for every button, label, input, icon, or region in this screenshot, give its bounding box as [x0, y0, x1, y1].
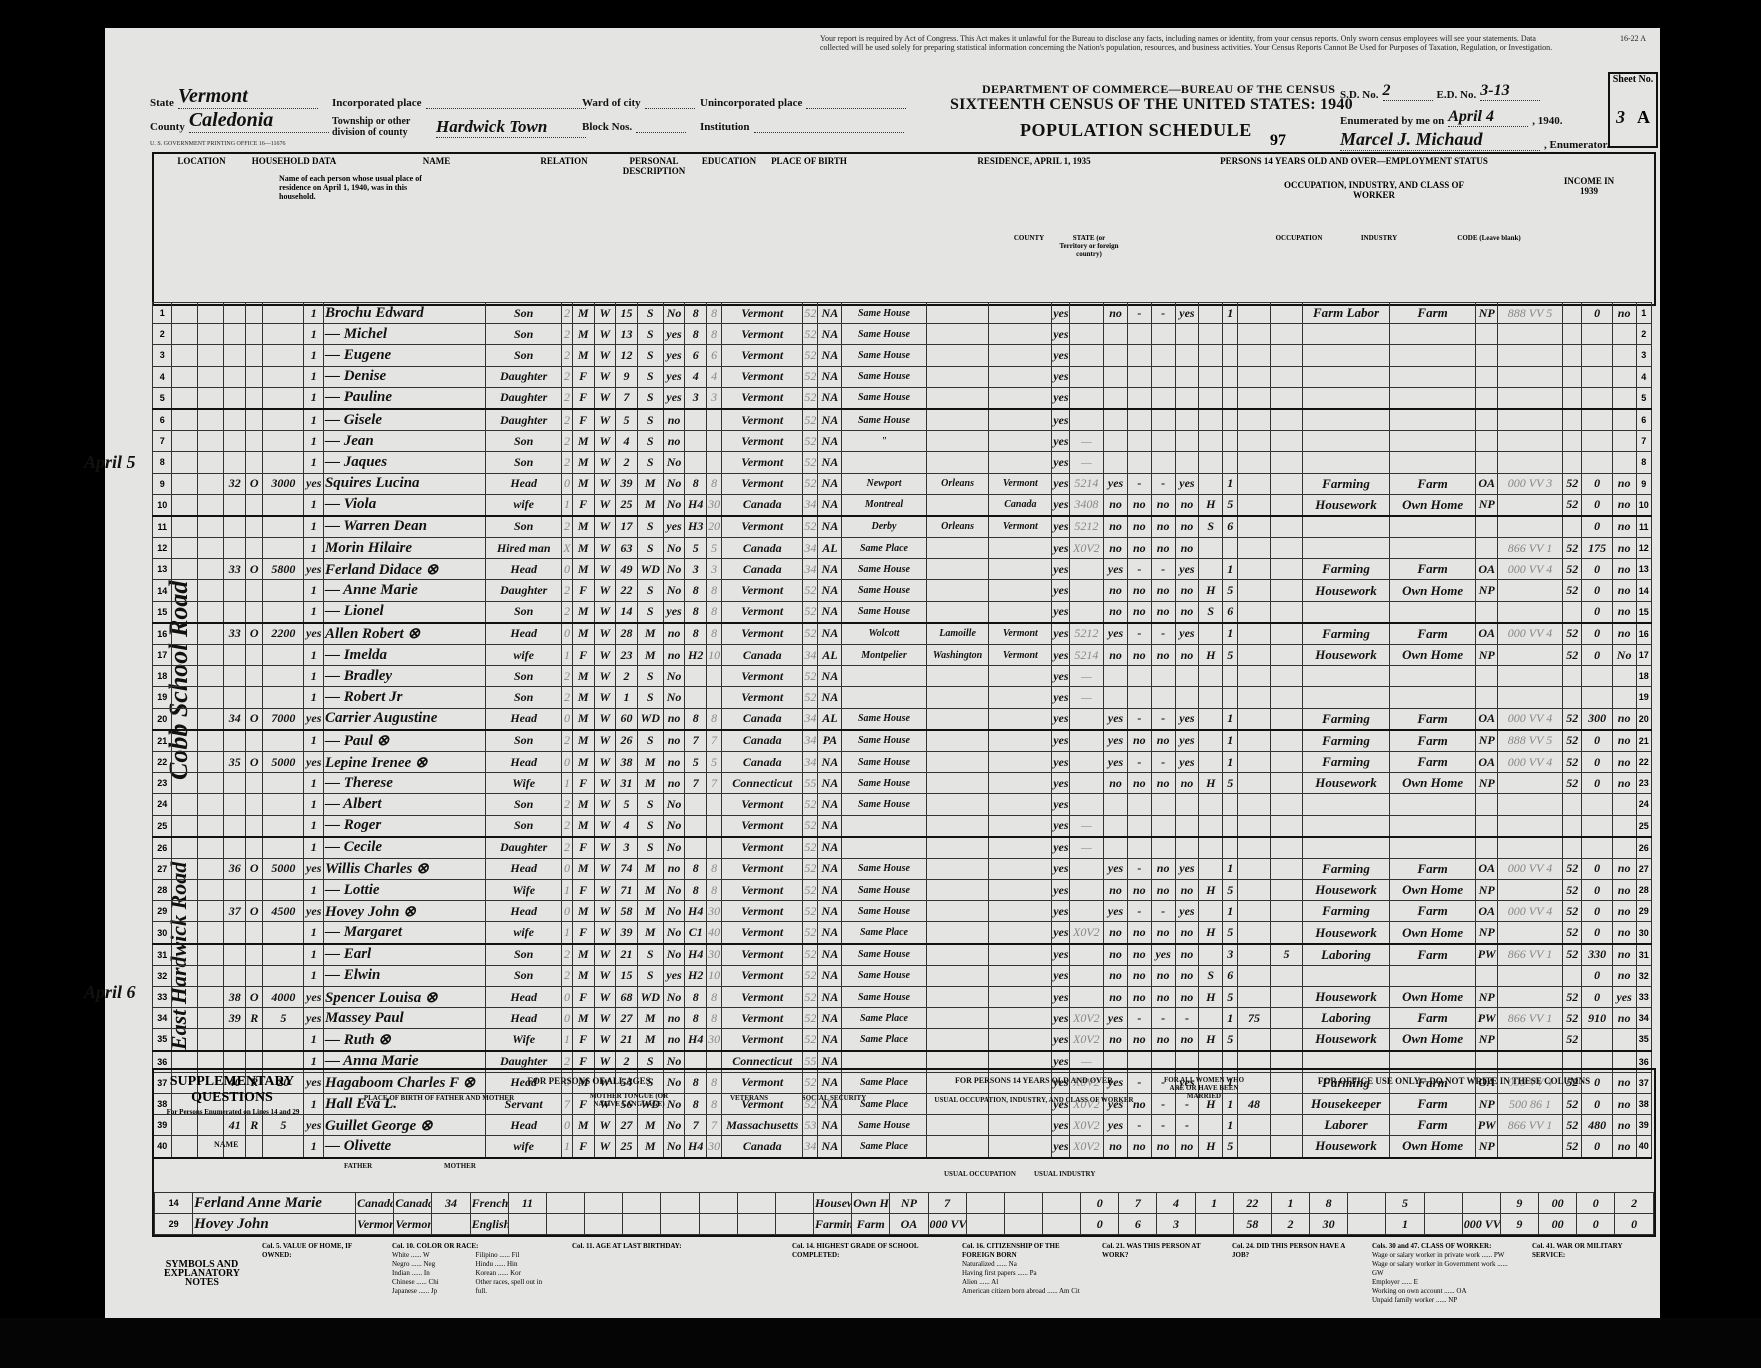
cell-c26: [1238, 538, 1270, 559]
cell-age: 22: [616, 580, 638, 601]
cell-grade: 8: [685, 324, 707, 345]
cell-codeC: 52: [803, 901, 818, 922]
supp-cell: 1: [1271, 1193, 1309, 1214]
cell-wages: 0: [1582, 965, 1612, 986]
cell-birth: Canada: [722, 494, 803, 516]
cell-farm: yes: [304, 473, 323, 494]
cell-occ: [1303, 366, 1390, 387]
cell-other: no: [1612, 538, 1636, 559]
cell-name: — Pauline: [323, 387, 485, 409]
cell-own: [246, 773, 263, 794]
cell-codeD: —: [1069, 666, 1104, 687]
cell-sched: 35: [1636, 1029, 1651, 1051]
cell-c26: [1238, 345, 1270, 366]
cell-other: no: [1612, 773, 1636, 794]
cell-occ: Housework: [1303, 645, 1390, 666]
cell-c27: [1270, 366, 1302, 387]
cell-c27: [1270, 538, 1302, 559]
cell-c23: -: [1151, 473, 1175, 494]
township-label: Township or other division of county: [332, 116, 432, 138]
cell-codeF: [1498, 387, 1563, 409]
cell-value: [263, 880, 304, 901]
cell-res: [842, 452, 926, 473]
cell-weeks: [1562, 687, 1581, 708]
supp-cell: 30: [1310, 1214, 1348, 1235]
cell-c21: no: [1104, 601, 1128, 623]
cell-street: [172, 452, 198, 473]
cell-house: [198, 922, 224, 944]
cell-codeB: 8: [707, 303, 722, 324]
cell-mar: S: [637, 409, 663, 431]
cell-codeA: 2: [562, 366, 573, 387]
cell-house: [198, 987, 224, 1008]
cell-c27: [1270, 794, 1302, 815]
supp-cell: 29: [155, 1214, 193, 1235]
cell-codeB: [707, 666, 722, 687]
cell-birth: Canada: [722, 730, 803, 752]
cell-name: — Roger: [323, 815, 485, 837]
table-row: 261— CecileDaughter2FW3SNoVermont52NAyes…: [153, 837, 1652, 859]
supp-cell: Farming: [814, 1214, 852, 1235]
cell-value: [263, 387, 304, 409]
cell-hh: [224, 1029, 246, 1051]
cell-age: 13: [616, 324, 638, 345]
cell-house: [198, 815, 224, 837]
cell-house: [198, 387, 224, 409]
cell-name: Brochu Edward: [323, 303, 485, 324]
cell-mar: S: [637, 730, 663, 752]
cell-c27: [1270, 751, 1302, 772]
cell-rel: Son: [486, 965, 562, 986]
cell-hh: [224, 516, 246, 538]
table-row: 311— EarlSon2MW21SNoH430Vermont52NASame …: [153, 944, 1652, 966]
supp-cell: [432, 1214, 470, 1235]
cell-hh: [224, 687, 246, 708]
note-col21: Col. 21. WAS THIS PERSON AT WORK?: [1102, 1242, 1222, 1260]
cell-street: [172, 494, 198, 516]
cell-name: — Elwin: [323, 965, 485, 986]
cell-r_state: [989, 452, 1052, 473]
cell-hh: [224, 666, 246, 687]
table-row: 191— Robert JrSon2MW1SNoVermont52NAyes—1…: [153, 687, 1652, 708]
cell-name: Massey Paul: [323, 1008, 485, 1029]
cell-c21: [1104, 452, 1128, 473]
cell-house: [198, 516, 224, 538]
cell-own: [246, 837, 263, 859]
cell-c25: [1199, 538, 1223, 559]
cell-occ: Laboring: [1303, 944, 1390, 966]
cell-codeE: [1223, 666, 1238, 687]
cell-codeC: 52: [803, 837, 818, 859]
cell-c27: [1270, 858, 1302, 879]
cell-codeE: 6: [1223, 965, 1238, 986]
cell-sex: F: [572, 366, 594, 387]
cell-street: [172, 837, 198, 859]
supp-cell: [775, 1193, 813, 1214]
cell-codeC: 34: [803, 538, 818, 559]
cell-c25: S: [1199, 516, 1223, 538]
cell-codeE: 5: [1223, 773, 1238, 794]
cell-codeA: 0: [562, 751, 573, 772]
cell-c26: [1238, 623, 1270, 645]
cell-c25: H: [1199, 880, 1223, 901]
cell-cit: NA: [818, 409, 842, 431]
cell-name: — Earl: [323, 944, 485, 966]
form-id: 16-22 A: [1620, 34, 1646, 43]
table-row: 351— Ruth ⊗Wife1FW21MnoH430Vermont52NASa…: [153, 1029, 1652, 1051]
cell-c21: no: [1104, 303, 1128, 324]
margin-date-april6: April 6: [84, 982, 136, 1003]
cell-codeD: [1069, 730, 1104, 752]
cell-wages: 0: [1582, 880, 1612, 901]
cell-race: W: [594, 815, 616, 837]
cell-birth: Vermont: [722, 366, 803, 387]
cell-c23: [1151, 409, 1175, 431]
cell-codeA: 2: [562, 794, 573, 815]
cell-ind: [1389, 366, 1476, 387]
supp-cell: Farm: [852, 1214, 890, 1235]
cell-wages: [1582, 387, 1612, 409]
cell-c23: -: [1151, 1008, 1175, 1029]
cell-rel: Son: [486, 452, 562, 473]
cell-codeC: 52: [803, 666, 818, 687]
cell-line: 8: [153, 452, 172, 473]
cell-r_county: Orleans: [926, 473, 989, 494]
cell-age: 39: [616, 922, 638, 944]
cell-c26: [1238, 794, 1270, 815]
supplementary-questions: SUPPLEMENTARY QUESTIONS For Persons Enum…: [152, 1068, 1656, 1237]
note-col41: Col. 41. WAR OR MILITARY SERVICE:: [1532, 1242, 1642, 1260]
cell-c27: [1270, 431, 1302, 452]
cell-codeA: 1: [562, 645, 573, 666]
cell-grade: C1: [685, 922, 707, 944]
cell-sched: 33: [1636, 987, 1651, 1008]
cell-codeB: 5: [707, 751, 722, 772]
cell-codeD: [1069, 559, 1104, 580]
cell-c24: [1175, 794, 1199, 815]
township-value: Hardwick Town: [436, 121, 586, 138]
cell-farm: yes: [304, 559, 323, 580]
cell-r_state: Vermont: [989, 473, 1052, 494]
cell-r_state: [989, 580, 1052, 601]
cell-r_county: [926, 666, 989, 687]
cell-grade: 8: [685, 623, 707, 645]
cell-occ: Housework: [1303, 922, 1390, 944]
cell-sched: 9: [1636, 473, 1651, 494]
enumerated-date: April 4: [1448, 110, 1528, 127]
table-row: 2937O4500yesHovey John ⊗Head0MW58MNoH430…: [153, 901, 1652, 922]
cell-name: Hovey John ⊗: [323, 901, 485, 922]
table-row: 171— Imeldawife1FW23MnoH210Canada34ALMon…: [153, 645, 1652, 666]
cell-hh: [224, 494, 246, 516]
supp-cell: 2: [1615, 1193, 1654, 1214]
cell-res: Same House: [842, 387, 926, 409]
cell-r_state: [989, 431, 1052, 452]
cell-cls: [1476, 452, 1498, 473]
cell-grade: 8: [685, 858, 707, 879]
cell-r_state: Vermont: [989, 516, 1052, 538]
cell-cit: NA: [818, 580, 842, 601]
cell-other: no: [1612, 1008, 1636, 1029]
cell-c25: [1199, 431, 1223, 452]
note-item: Indian ...... In: [392, 1269, 469, 1278]
cell-sched: 6: [1636, 409, 1651, 431]
cell-c21: [1104, 837, 1128, 859]
cell-c23: no: [1151, 1029, 1175, 1051]
cell-res: Same House: [842, 880, 926, 901]
sheet-side: A: [1637, 107, 1650, 128]
cell-codeD: [1069, 345, 1104, 366]
cell-hh: 38: [224, 987, 246, 1008]
cell-codeD: [1069, 987, 1104, 1008]
cell-r_state: [989, 901, 1052, 922]
cell-value: [263, 666, 304, 687]
cell-codeA: 2: [562, 601, 573, 623]
cell-r_state: [989, 303, 1052, 324]
supp-cell: 3: [1157, 1214, 1195, 1235]
cell-codeC: 34: [803, 494, 818, 516]
cell-res: Same House: [842, 303, 926, 324]
cell-codeE: 5: [1223, 645, 1238, 666]
cell-race: W: [594, 922, 616, 944]
cell-r_state: [989, 794, 1052, 815]
cell-codeB: 10: [707, 645, 722, 666]
cell-hh: 37: [224, 901, 246, 922]
cell-line: 5: [153, 387, 172, 409]
cell-line: 27: [153, 858, 172, 879]
cell-codeA: 0: [562, 858, 573, 879]
ward-field: Ward of city: [582, 92, 695, 109]
cell-c27: [1270, 1008, 1302, 1029]
cell-c27: [1270, 965, 1302, 986]
cell-value: [263, 1029, 304, 1051]
cell-race: W: [594, 944, 616, 966]
supp-cell: 6: [1119, 1214, 1157, 1235]
cell-codeA: 2: [562, 303, 573, 324]
cell-house: [198, 324, 224, 345]
cell-ind: [1389, 431, 1476, 452]
cell-wages: [1582, 409, 1612, 431]
section-income: INCOME IN 1939: [1554, 176, 1624, 196]
cell-sex: F: [572, 494, 594, 516]
legal-notice: Your report is required by Act of Congre…: [820, 34, 1560, 52]
cell-farm: 1: [304, 794, 323, 815]
cell-ind: Farm: [1389, 751, 1476, 772]
cell-ind: [1389, 794, 1476, 815]
cell-house: [198, 708, 224, 730]
cell-c25: H: [1199, 494, 1223, 516]
cell-cls: [1476, 516, 1498, 538]
cell-weeks: 52: [1562, 623, 1581, 645]
cell-ind: [1389, 345, 1476, 366]
supp-cell: [1424, 1193, 1462, 1214]
cell-other: no: [1612, 751, 1636, 772]
cell-c25: [1199, 858, 1223, 879]
table-row: 932O3000yesSquires LucinaHead0MW39MNo88V…: [153, 473, 1652, 494]
supp-cell: 000 VV 4: [1462, 1214, 1500, 1235]
cell-c21: no: [1104, 773, 1128, 794]
cell-birth: Vermont: [722, 901, 803, 922]
cell-sched: 8: [1636, 452, 1651, 473]
cell-farm: yes: [304, 1008, 323, 1029]
cell-codeA: 0: [562, 1008, 573, 1029]
cell-c26: [1238, 666, 1270, 687]
cell-codeE: [1223, 345, 1238, 366]
cell-school: yes: [663, 366, 685, 387]
cell-codeB: 8: [707, 580, 722, 601]
cell-codeB: 30: [707, 1029, 722, 1051]
column-header-block: LOCATION HOUSEHOLD DATA NAME RELATION PE…: [152, 152, 1656, 306]
cell-rel: Head: [486, 473, 562, 494]
supp-cell: [1004, 1193, 1042, 1214]
cell-r_state: Canada: [989, 494, 1052, 516]
cell-hh: 33: [224, 559, 246, 580]
cell-ind: Farm: [1389, 944, 1476, 966]
cell-c22: -: [1127, 708, 1151, 730]
cell-c27: [1270, 409, 1302, 431]
cell-c25: H: [1199, 645, 1223, 666]
table-row: 31— EugeneSon2MW12Syes66Vermont52NASame …: [153, 345, 1652, 366]
cell-res: Same Place: [842, 1029, 926, 1051]
cell-sex: M: [572, 559, 594, 580]
cell-c27: [1270, 601, 1302, 623]
cell-c21: [1104, 366, 1128, 387]
cell-c22: -: [1127, 623, 1151, 645]
cell-c23: no: [1151, 730, 1175, 752]
cell-sex: M: [572, 730, 594, 752]
cell-sched: 2: [1636, 324, 1651, 345]
cell-codeC: 52: [803, 409, 818, 431]
cell-street: [172, 324, 198, 345]
cell-c23: [1151, 345, 1175, 366]
cell-house: [198, 880, 224, 901]
cell-own: [246, 516, 263, 538]
ed-label: E.D. No.: [1437, 89, 1477, 101]
cell-sched: 12: [1636, 538, 1651, 559]
note-item: Filipino ...... Fil: [476, 1251, 553, 1260]
cell-c22: no: [1127, 580, 1151, 601]
note-item: American citizen born abroad ...... Am C…: [962, 1287, 1082, 1296]
cell-codeB: 10: [707, 965, 722, 986]
cell-own: O: [246, 708, 263, 730]
cell-mar: S: [637, 345, 663, 366]
cell-cit: NA: [818, 944, 842, 966]
cell-codeE: [1223, 366, 1238, 387]
cell-race: W: [594, 773, 616, 794]
supp-social-security: SOCIAL SECURITY: [794, 1094, 874, 1102]
cell-other: no: [1612, 623, 1636, 645]
cell-res: Same Place: [842, 538, 926, 559]
cell-cls: PW: [1476, 1008, 1498, 1029]
cell-hh: [224, 538, 246, 559]
cell-c24: [1175, 666, 1199, 687]
cell-birth: Vermont: [722, 965, 803, 986]
cell-birth: Vermont: [722, 303, 803, 324]
cell-codeB: 30: [707, 494, 722, 516]
cell-cit: NA: [818, 987, 842, 1008]
cell-other: no: [1612, 580, 1636, 601]
cell-sex: F: [572, 922, 594, 944]
cell-r_state: Vermont: [989, 645, 1052, 666]
cell-weeks: [1562, 324, 1581, 345]
cell-sex: M: [572, 708, 594, 730]
cell-ind: Own Home: [1389, 580, 1476, 601]
cell-house: [198, 666, 224, 687]
table-row: 71— JeanSon2MW4SnoVermont52NA"yes—7: [153, 431, 1652, 452]
cell-name: — Eugene: [323, 345, 485, 366]
cell-name: — Albert: [323, 794, 485, 815]
supp-cell: [1004, 1214, 1042, 1235]
cell-codeD: [1069, 580, 1104, 601]
cell-c24: yes: [1175, 623, 1199, 645]
cell-sex: F: [572, 987, 594, 1008]
cell-res: Same House: [842, 559, 926, 580]
cell-r_farm: yes: [1052, 987, 1069, 1008]
cell-rel: Daughter: [486, 580, 562, 601]
cell-r_farm: yes: [1052, 366, 1069, 387]
cell-rel: Head: [486, 1008, 562, 1029]
cell-wages: 0: [1582, 773, 1612, 794]
cell-c27: [1270, 773, 1302, 794]
cell-farm: 1: [304, 880, 323, 901]
note-item: Japanese ...... Jp: [392, 1287, 469, 1296]
cell-own: [246, 494, 263, 516]
cell-wages: 0: [1582, 303, 1612, 324]
cell-own: O: [246, 473, 263, 494]
cell-wages: 300: [1582, 708, 1612, 730]
cell-c25: S: [1199, 965, 1223, 986]
cell-cls: OA: [1476, 751, 1498, 772]
cell-c25: [1199, 794, 1223, 815]
cell-own: O: [246, 987, 263, 1008]
cell-c26: [1238, 773, 1270, 794]
cell-c23: no: [1151, 516, 1175, 538]
supp-h-usual-ind: USUAL INDUSTRY: [1034, 1170, 1095, 1178]
cell-other: No: [1612, 645, 1636, 666]
cell-other: [1612, 837, 1636, 859]
cell-farm: 1: [304, 687, 323, 708]
cell-codeD: —: [1069, 687, 1104, 708]
cell-mar: S: [637, 452, 663, 473]
cell-occ: [1303, 538, 1390, 559]
cell-c22: [1127, 324, 1151, 345]
cell-c24: -: [1175, 1008, 1199, 1029]
table-row: 11Brochu EdwardSon2MW15SNo88Vermont52NAS…: [153, 303, 1652, 324]
cell-c21: [1104, 324, 1128, 345]
cell-codeE: 3: [1223, 944, 1238, 966]
cell-codeF: [1498, 494, 1563, 516]
cell-age: 49: [616, 559, 638, 580]
cell-c22: no: [1127, 880, 1151, 901]
cell-c22: -: [1127, 751, 1151, 772]
cell-own: [246, 1029, 263, 1051]
cell-c22: no: [1127, 601, 1151, 623]
cell-c26: [1238, 324, 1270, 345]
cell-farm: yes: [304, 751, 323, 772]
cell-house: [198, 409, 224, 431]
cell-codeF: [1498, 987, 1563, 1008]
cell-weeks: 52: [1562, 773, 1581, 794]
cell-other: [1612, 409, 1636, 431]
cell-codeC: 52: [803, 1029, 818, 1051]
cell-codeB: 20: [707, 516, 722, 538]
cell-c27: [1270, 324, 1302, 345]
cell-codeA: 0: [562, 987, 573, 1008]
cell-c22: -: [1127, 473, 1151, 494]
supp-cell: [775, 1214, 813, 1235]
cell-codeA: 2: [562, 687, 573, 708]
note-item: Other races, spell out in full.: [476, 1278, 553, 1296]
